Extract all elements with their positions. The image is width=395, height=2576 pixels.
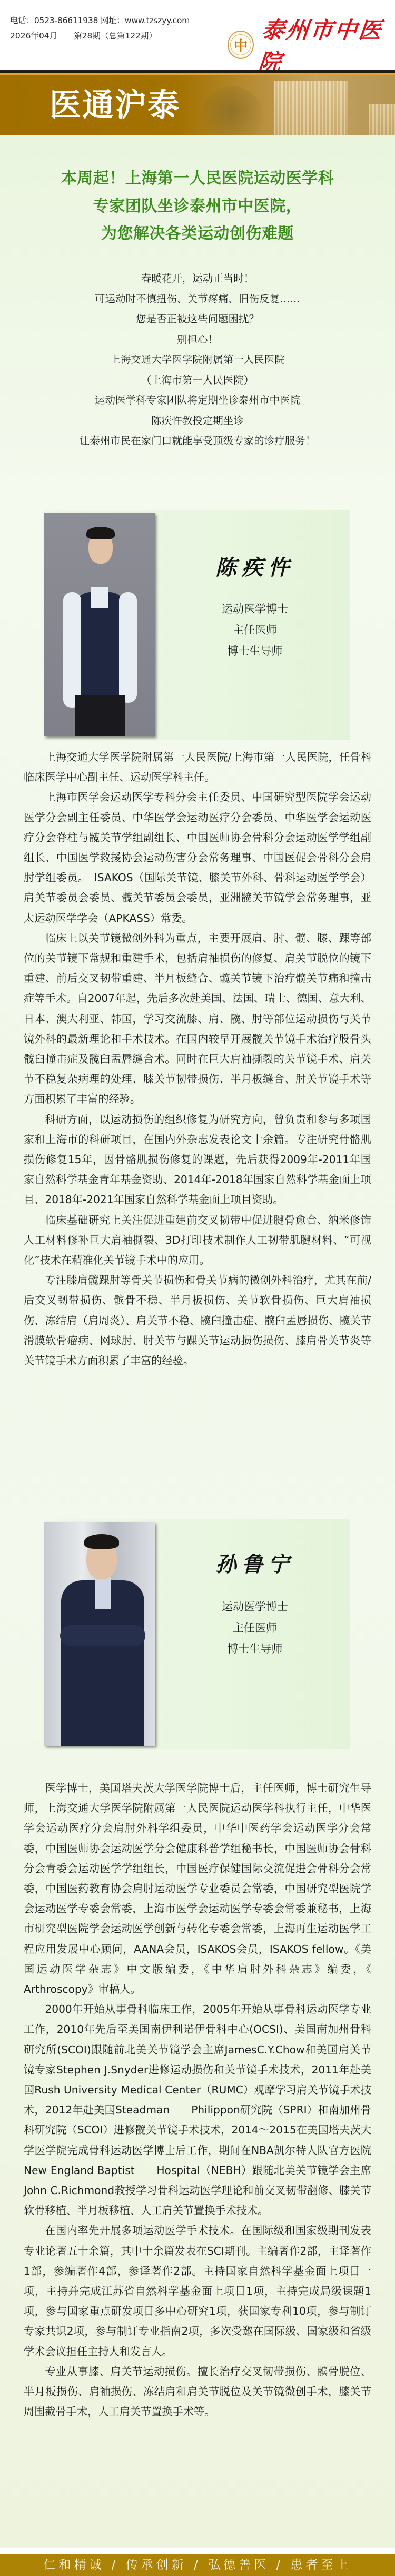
bio-paragraph: 上海市医学会运动医学专科分会主任委员、中国研究型医院学会运动医学分会副主任委员、… [24, 787, 371, 928]
intro-line: 让泰州市民在家门口就能享受顶级专家的诊疗服务！ [0, 431, 395, 451]
doctor-profile-card: 孙鲁宁 运动医学博士 主任医师 博士生导师 [44, 1519, 350, 1749]
intro-line: 可运动时不慎扭伤、关节疼痛、旧伤反复…… [0, 289, 395, 310]
column-title: 医通沪泰 [50, 86, 180, 125]
footer-slogan: 仁和精诚 / 传承创新 / 弘德善医 / 患者至上 [43, 2558, 351, 2572]
doctor-info: 陈疾忤 运动医学博士 主任医师 博士生导师 [160, 510, 350, 662]
hospital-name: 泰州市中医院 [257, 13, 395, 77]
intro-line: 陈疾忤教授定期坐诊 [0, 411, 395, 431]
doctor-name: 孙鲁宁 [160, 1549, 350, 1580]
bio-paragraph: 医学博士，美国塔夫茨大学医学院博士后，主任医师，博士研究生导师，上海交通大学医学… [24, 1778, 371, 1999]
article-headline: 本周起！上海第一人民医院运动医学科 专家团队坐诊泰州市中医院， 为您解决各类运动… [0, 164, 395, 248]
article-body: 本周起！上海第一人民医院运动医学科 专家团队坐诊泰州市中医院， 为您解决各类运动… [0, 135, 395, 2548]
credential: 博士生导师 [160, 641, 350, 662]
intro-line: 春暖花开，运动正当时！ [0, 269, 395, 289]
footer-slogan-bar: 仁和精诚 / 传承创新 / 弘德善医 / 患者至上 [0, 2554, 395, 2576]
intro-line: 您是否正被这些问题困扰？ [0, 309, 395, 330]
column-banner: 医通沪泰 [0, 73, 395, 135]
credential: 运动医学博士 [160, 1596, 350, 1617]
bio-paragraph: 上海交通大学医学院附属第一人民医院/上海市第一人民医院，任骨科临床医学中心副主任… [24, 747, 371, 787]
intro-line: （上海市第一人民医院） [0, 370, 395, 391]
doctor-credentials: 运动医学博士 主任医师 博士生导师 [160, 1596, 350, 1659]
credential: 运动医学博士 [160, 598, 350, 620]
doctor-info: 孙鲁宁 运动医学博士 主任医师 博士生导师 [160, 1519, 350, 1659]
issue-date: 2026年04月 [10, 31, 57, 41]
credential: 主任医师 [160, 1617, 350, 1638]
issue-number: 第28期（总第122期） [74, 31, 157, 41]
doctor-name: 陈疾忤 [160, 552, 350, 584]
side-building-image [369, 104, 395, 135]
intro-line: 运动医学科专家团队将定期坐诊泰州市中医院 [0, 390, 395, 411]
bio-paragraph: 临床上以关节镜微创外科为重点，主要开展肩、肘、髋、膝、踝等部位的关节镜下常规和重… [24, 928, 371, 1109]
hospital-logo: 中 泰州市中医院 [228, 13, 395, 77]
seal-glyph: 中 [230, 34, 251, 55]
bio-paragraph: 2000年开始从事骨科临床工作，2005年开始从事骨科运动医学专业工作，2010… [24, 1999, 371, 2220]
bio-paragraph: 专业从事膝、肩关节运动损伤。擅长治疗交叉韧带损伤、髌骨脱位、半月板损伤、肩袖损伤… [24, 2362, 371, 2422]
doctor-credentials: 运动医学博士 主任医师 博士生导师 [160, 598, 350, 662]
doctor-profile-card: 陈疾忤 运动医学博士 主任医师 博士生导师 [44, 510, 350, 740]
hospital-building-image [274, 81, 348, 135]
tree-image [200, 86, 263, 135]
headline-line: 专家团队坐诊泰州市中医院， [0, 193, 395, 220]
doctor-bio: 上海交通大学医学院附属第一人民医院/上海市第一人民医院，任骨科临床医学中心副主任… [24, 747, 371, 1371]
headline-line: 为您解决各类运动创伤难题 [0, 220, 395, 248]
intro-text: 春暖花开，运动正当时！ 可运动时不慎扭伤、关节疼痛、旧伤反复…… 您是否正被这些… [0, 269, 395, 451]
newsletter-header: 电话：0523-86611938 网址：www.tzszyy.com 2026年… [0, 0, 395, 73]
doctor-bio: 医学博士，美国塔夫茨大学医学院博士后，主任医师，博士研究生导师，上海交通大学医学… [24, 1778, 371, 2422]
doctor-photo [44, 513, 155, 736]
credential: 主任医师 [160, 620, 350, 641]
headline-line: 本周起！上海第一人民医院运动医学科 [0, 164, 395, 193]
intro-line: 上海交通大学医学院附属第一人民医院 [0, 350, 395, 370]
doctor-photo [44, 1522, 155, 1746]
intro-line: 别担心！ [0, 330, 395, 350]
bio-paragraph: 临床基础研究上关注促进重建前交叉韧带中促进腱骨愈合、纳米修饰人工材料修补巨大肩袖… [24, 1210, 371, 1271]
contact-info: 电话：0523-86611938 网址：www.tzszyy.com [10, 15, 190, 26]
hospital-seal-icon: 中 [228, 31, 254, 59]
bio-paragraph: 科研方面，以运动损伤的组织修复为研究方向，曾负责和参与多项国家和上海市的科研项目… [24, 1109, 371, 1210]
credential: 博士生导师 [160, 1638, 350, 1659]
issue-info: 2026年04月 第28期（总第122期） [10, 30, 171, 42]
bio-paragraph: 在国内率先开展多项运动医学手术技术。在国际级和国家级期刊发表专业论著五十余篇，其… [24, 2220, 371, 2361]
bio-paragraph: 专注膝肩髋踝肘等骨关节损伤和骨关节病的微创外科治疗，尤其在前/后交叉韧带损伤、髌… [24, 1270, 371, 1371]
